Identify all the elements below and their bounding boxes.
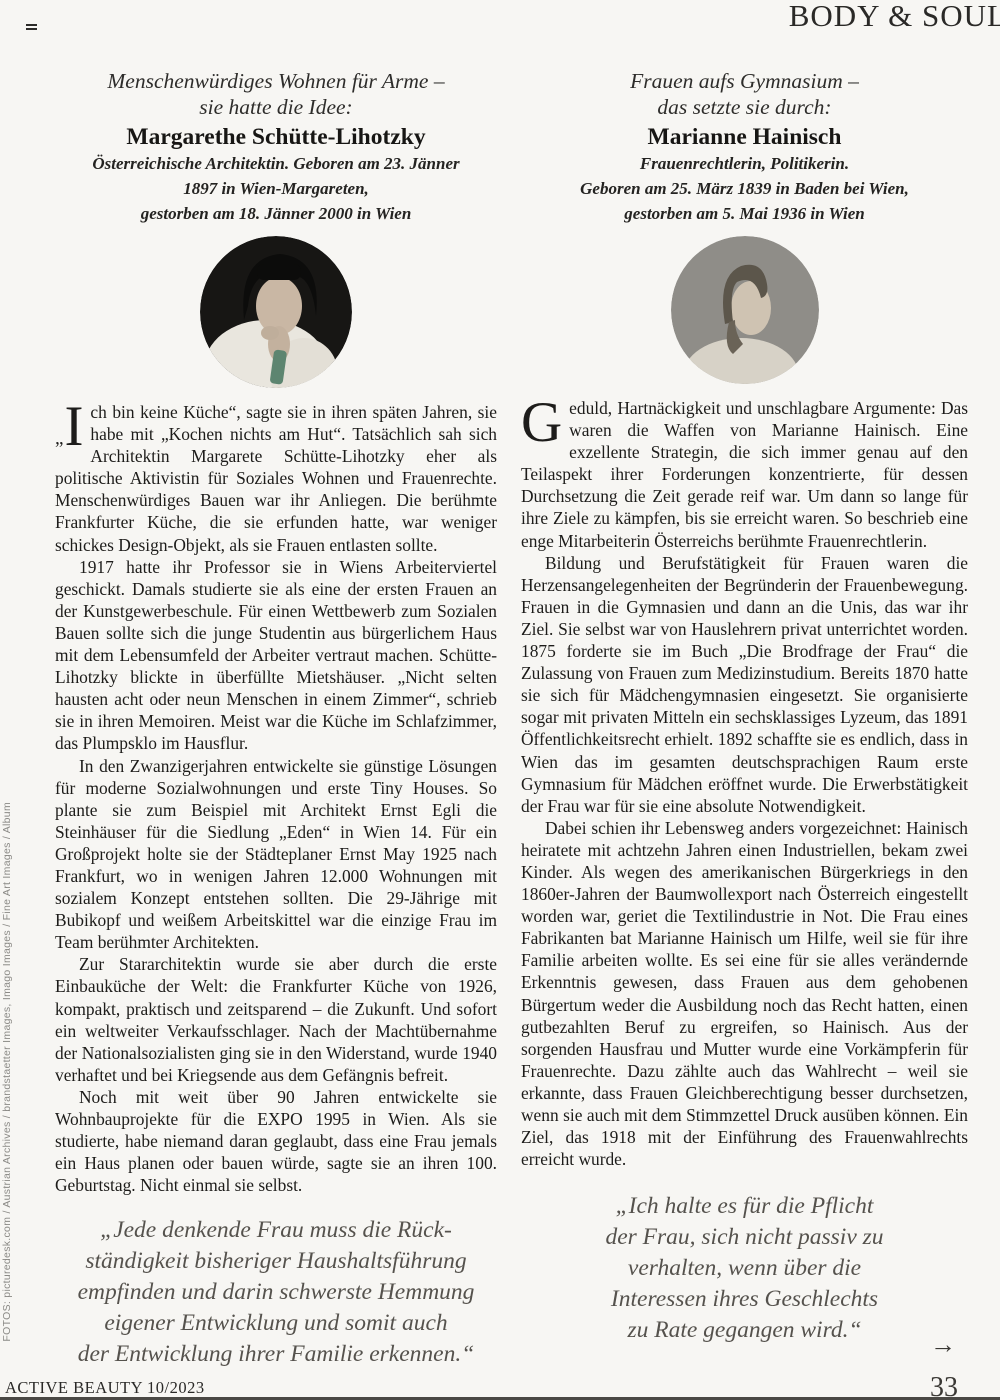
subtitle-line: gestorben am 18. Jänner 2000 in Wien [55,201,497,226]
kicker-line: Frauen aufs Gymnasium – [521,68,968,94]
kicker-line: das setzte sie durch: [521,94,968,120]
person-name: Margarethe Schütte-Lihotzky [55,123,497,151]
subtitle-line: 1897 in Wien-Margareten, [55,176,497,201]
pull-quote: „Jede denkende Frau muss die Rück- ständ… [55,1215,497,1370]
article-right: Frauen aufs Gymnasium – das setzte sie d… [521,68,968,1346]
subtitle-line: gestorben am 5. Mai 1936 in Wien [521,201,968,226]
paragraph: Bildung und Berufstätigkeit für Frauen w… [521,552,968,817]
article-body: „Ich bin keine Küche“, sagte sie in ihre… [55,401,497,1196]
magazine-footer: ACTIVE BEAUTY 10/2023 [5,1378,205,1398]
photo-credit: FOTOS: picturedesk.com / Austrian Archiv… [1,802,13,1342]
kicker-line: Menschenwürdiges Wohnen für Arme – [55,68,497,94]
pull-quote-line: zu Rate gegangen wird.“ [521,1315,968,1346]
article-body: Geduld, Hartnäckigkeit und unschlagbare … [521,397,968,1170]
paragraph: „Ich bin keine Küche“, sagte sie in ihre… [55,401,497,556]
page-number: 33 [930,1372,958,1400]
drop-cap: „I [55,404,83,448]
article-left: Menschenwürdiges Wohnen für Arme – sie h… [55,68,497,1370]
magazine-page: BODY & SOUL Menschenwürdiges Wohnen für … [0,0,1000,1400]
pull-quote-line: verhalten, wenn über die [521,1253,968,1284]
pull-quote-line: der Frau, sich nicht passiv zu [521,1222,968,1253]
next-page-arrow-icon[interactable]: → [930,1330,956,1360]
pull-quote-line: empfinden und darin schwerste Hemmung [55,1277,497,1308]
subtitle-line: Österreichische Architektin. Geboren am … [55,151,497,176]
kicker-line: sie hatte die Idee: [55,94,497,120]
pull-quote-line: „Ich halte es für die Pflicht [521,1191,968,1222]
pull-quote-line: der Entwicklung ihrer Familie erkennen.“ [55,1339,497,1370]
paragraph: Zur Stararchitektin wurde sie aber durch… [55,953,497,1086]
pull-quote-line: eigener Entwicklung und somit auch [55,1308,497,1339]
drop-cap: G [521,400,562,444]
paragraph: In den Zwanzigerjahren entwickelte sie g… [55,755,497,954]
paragraph: Geduld, Hartnäckigkeit und unschlagbare … [521,397,968,552]
pull-quote-line: ständigkeit bisheriger Haushaltsführung [55,1246,497,1277]
portrait-photo-margarethe-schuette-lihotzky [200,236,352,388]
paragraph: 1917 hatte ihr Professor sie in Wiens Ar… [55,556,497,755]
section-header: BODY & SOUL [789,0,1000,34]
pull-quote: „Ich halte es für die Pflicht der Frau, … [521,1191,968,1346]
subtitle-line: Geboren am 25. März 1839 in Baden bei Wi… [521,176,968,201]
pull-quote-line: „Jede denkende Frau muss die Rück- [55,1215,497,1246]
paragraph: Dabei schien ihr Lebensweg anders vorgez… [521,817,968,1171]
pull-quote-line: Interessen ihres Geschlechts [521,1284,968,1315]
person-name: Marianne Hainisch [521,123,968,151]
portrait-photo-marianne-hainisch [671,236,819,384]
menu-icon[interactable] [26,24,37,32]
paragraph: Noch mit weit über 90 Jahren entwickelte… [55,1086,497,1196]
subtitle-line: Frauenrechtlerin, Politikerin. [521,151,968,176]
